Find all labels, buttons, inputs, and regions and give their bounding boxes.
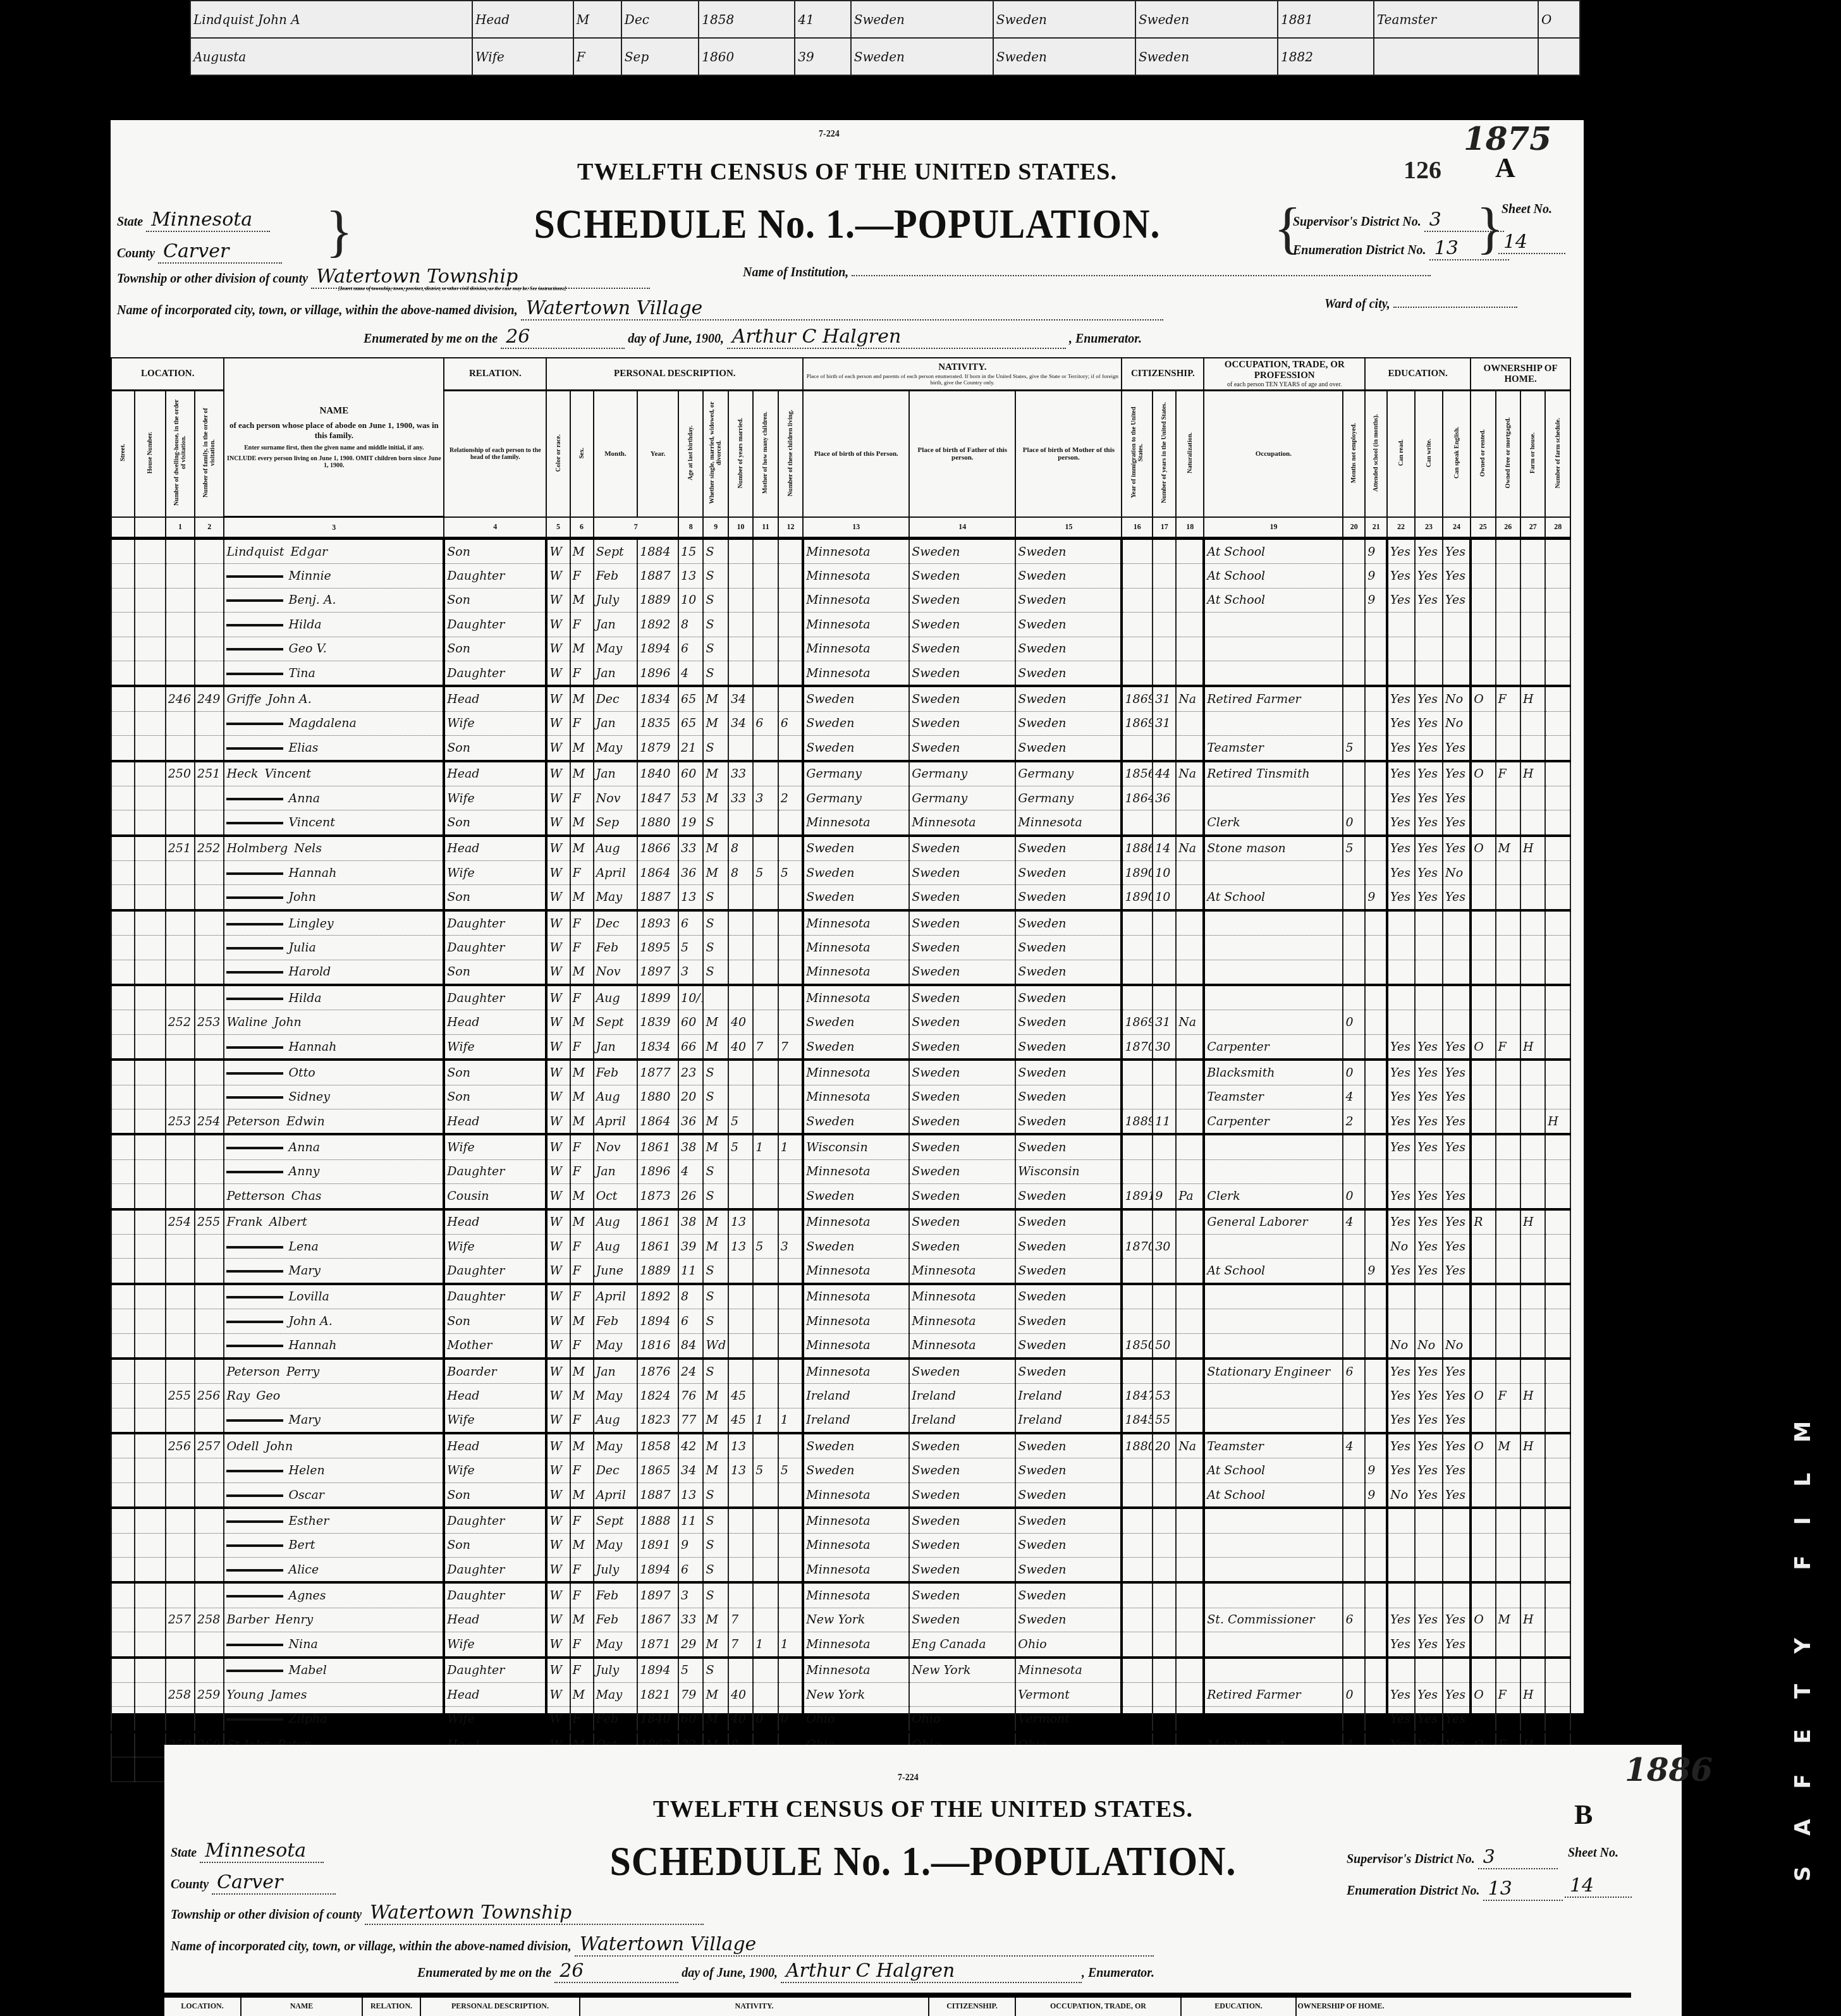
birth-year: 1877 <box>637 1060 678 1085</box>
birthplace: Minnesota <box>803 1482 909 1508</box>
birth-year: 1866 <box>637 836 678 861</box>
house-number <box>135 836 166 861</box>
table-row: 258259YoungJamesHeadWMMay182179M40New Yo… <box>111 1682 1570 1706</box>
color: W <box>546 1209 570 1235</box>
house-number <box>135 539 166 564</box>
ditto-mark <box>226 673 283 675</box>
next-enumerated-day: 26 <box>554 1960 678 1983</box>
children-living <box>778 836 804 861</box>
months-unemployed <box>1343 936 1365 960</box>
naturalization <box>1176 861 1204 885</box>
street <box>111 736 135 761</box>
marital-status: S <box>703 564 728 588</box>
years-in-us: 55 <box>1153 1408 1176 1433</box>
house-number <box>135 1159 166 1183</box>
given-name: Mabel <box>288 1663 326 1677</box>
age: 42 <box>678 1433 703 1458</box>
birth-month: April <box>594 1284 638 1309</box>
relation: Son <box>444 1533 546 1557</box>
age: 39 <box>678 1234 703 1258</box>
mother-birthplace: Sweden <box>1015 836 1122 861</box>
relation: Head <box>444 1682 546 1706</box>
person-name: Hilda <box>224 985 444 1010</box>
naturalization <box>1176 1085 1204 1109</box>
naturalization <box>1176 1632 1204 1658</box>
birth-month: Jan <box>594 761 638 786</box>
ditto-mark <box>226 798 283 800</box>
can-write: Yes <box>1415 1085 1443 1109</box>
farm-schedule <box>1545 786 1570 810</box>
occupation <box>1204 1582 1343 1608</box>
ditto-mark <box>226 1296 283 1298</box>
color: W <box>546 1632 570 1658</box>
house-number <box>135 786 166 810</box>
school-months <box>1365 1608 1387 1632</box>
occupation: Stationary Engineer <box>1204 1359 1343 1384</box>
father-birthplace: Sweden <box>909 1109 1015 1134</box>
immigration-year: 1891 <box>1122 1184 1153 1209</box>
birthplace: Minnesota <box>803 613 909 637</box>
speaks-english <box>1443 661 1471 686</box>
color: W <box>546 1184 570 1209</box>
person-name: Bert <box>224 1533 444 1557</box>
can-read <box>1387 661 1415 686</box>
can-write: Yes <box>1415 1384 1443 1408</box>
family-number <box>195 1259 224 1284</box>
birth-month: Jan <box>594 1159 638 1183</box>
mother-birthplace: Sweden <box>1015 1010 1122 1034</box>
sheet-no-value: 14 <box>1498 231 1565 254</box>
years-in-us <box>1153 1359 1176 1384</box>
surname: Frank <box>226 1215 262 1229</box>
birth-year: 1824 <box>637 1384 678 1408</box>
months-unemployed <box>1343 1333 1365 1359</box>
birth-month: April <box>594 1482 638 1508</box>
birth-year: 1894 <box>637 1558 678 1583</box>
owned-or-rented <box>1471 1533 1495 1557</box>
birthplace: Sweden <box>803 1184 909 1209</box>
given-name: Nina <box>288 1637 317 1651</box>
street <box>111 1533 135 1557</box>
col-naturalization: Naturalization. <box>1176 391 1204 517</box>
relation: Daughter <box>444 1159 546 1183</box>
farm-schedule <box>1545 861 1570 885</box>
age: 3 <box>678 960 703 985</box>
dwelling-number <box>166 960 195 985</box>
school-months <box>1365 686 1387 711</box>
school-months <box>1365 1159 1387 1183</box>
birth-year: 1876 <box>637 1359 678 1384</box>
dwelling-number <box>166 1134 195 1159</box>
occupation <box>1204 936 1343 960</box>
farm-or-house <box>1520 1458 1545 1482</box>
given-name: Bert <box>288 1538 315 1552</box>
mother-of-children <box>753 960 778 985</box>
age: 6 <box>678 910 703 936</box>
mother-birthplace: Sweden <box>1015 1608 1122 1632</box>
mother-of-children <box>753 1010 778 1034</box>
children-living: 3 <box>778 1234 804 1258</box>
free-or-mortgaged <box>1496 1508 1520 1533</box>
relation: Daughter <box>444 661 546 686</box>
mother-of-children <box>753 1582 778 1608</box>
birthplace: Ireland <box>803 1408 909 1433</box>
farm-or-house <box>1520 1333 1545 1359</box>
house-number <box>135 985 166 1010</box>
naturalization <box>1176 910 1204 936</box>
birthplace: Ireland <box>803 1384 909 1408</box>
color: W <box>546 1234 570 1258</box>
occupation <box>1204 637 1343 661</box>
prev-fbp: Sweden <box>993 1 1135 38</box>
birth-month: Feb <box>594 1608 638 1632</box>
color: W <box>546 588 570 612</box>
farm-or-house <box>1520 637 1545 661</box>
sex: F <box>570 1284 594 1309</box>
speaks-english: Yes <box>1443 1359 1471 1384</box>
mother-birthplace: Sweden <box>1015 1184 1122 1209</box>
speaks-english: Yes <box>1443 810 1471 836</box>
family-number <box>195 1632 224 1658</box>
surname: Young <box>226 1688 264 1702</box>
naturalization <box>1176 1209 1204 1235</box>
can-write: Yes <box>1415 1060 1443 1085</box>
years-married: 5 <box>728 1109 753 1134</box>
birth-year: 1840 <box>637 761 678 786</box>
can-write: Yes <box>1415 1184 1443 1209</box>
prev-own: O <box>1538 1 1580 38</box>
free-or-mortgaged <box>1496 1184 1520 1209</box>
occupation <box>1204 613 1343 637</box>
family-number <box>195 1034 224 1060</box>
group-education: EDUCATION. <box>1365 358 1471 391</box>
farm-or-house <box>1520 960 1545 985</box>
group-ownership: OWNERSHIP OF HOME. <box>1471 358 1570 391</box>
color: W <box>546 637 570 661</box>
sex: M <box>570 1085 594 1109</box>
father-birthplace: Sweden <box>909 661 1015 686</box>
months-unemployed <box>1343 1533 1365 1557</box>
years-married <box>728 637 753 661</box>
farm-schedule <box>1545 1533 1570 1557</box>
next-supervisor-field: Supervisor's District No. 3 <box>1347 1846 1558 1869</box>
marital-status: S <box>703 1508 728 1533</box>
naturalization: Na <box>1176 1010 1204 1034</box>
months-unemployed <box>1343 1259 1365 1284</box>
school-months <box>1365 1433 1387 1458</box>
farm-schedule <box>1545 761 1570 786</box>
family-number <box>195 960 224 985</box>
birth-year: 1899 <box>637 985 678 1010</box>
birth-month: Aug <box>594 1209 638 1235</box>
immigration-year: 1869 <box>1122 686 1153 711</box>
sex: F <box>570 1632 594 1658</box>
prev-sex: M <box>573 1 621 38</box>
given-name: John A. <box>288 1314 332 1328</box>
street <box>111 1333 135 1359</box>
immigration-year: 1890 <box>1122 861 1153 885</box>
mother-birthplace: Sweden <box>1015 1333 1122 1359</box>
years-married <box>728 1333 753 1359</box>
age: 5 <box>678 1658 703 1683</box>
children-living <box>778 564 804 588</box>
owned-or-rented <box>1471 985 1495 1010</box>
color: W <box>546 761 570 786</box>
age: 33 <box>678 836 703 861</box>
owned-or-rented <box>1471 1085 1495 1109</box>
col-free: Owned free or mortgaged. <box>1496 391 1520 517</box>
given-name: Hannah <box>288 1338 336 1352</box>
mother-birthplace: Sweden <box>1015 564 1122 588</box>
family-number: 257 <box>195 1433 224 1458</box>
birth-month: Aug <box>594 836 638 861</box>
sex: F <box>570 613 594 637</box>
father-birthplace: Minnesota <box>909 1333 1015 1359</box>
relation: Daughter <box>444 936 546 960</box>
family-number <box>195 1284 224 1309</box>
ward-label: Ward of city, <box>1324 297 1390 311</box>
color: W <box>546 861 570 885</box>
years-married <box>728 1582 753 1608</box>
occupation: At School <box>1204 564 1343 588</box>
birth-year: 1867 <box>637 1608 678 1632</box>
nativity-heading: NATIVITY. <box>805 362 1120 373</box>
years-married <box>728 539 753 564</box>
person-name: PetersonPerry <box>224 1359 444 1384</box>
school-months <box>1365 786 1387 810</box>
street <box>111 761 135 786</box>
prev-occ: Teamster <box>1374 1 1538 38</box>
mother-birthplace: Minnesota <box>1015 1658 1122 1683</box>
can-read: Yes <box>1387 564 1415 588</box>
farm-or-house <box>1520 1234 1545 1258</box>
age: 65 <box>678 711 703 735</box>
next-county-value: Carver <box>212 1871 336 1895</box>
sex: F <box>570 1458 594 1482</box>
immigration-year <box>1122 1682 1153 1706</box>
family-number <box>195 861 224 885</box>
table-row: HannahWifeWFJan183466M4077SwedenSwedenSw… <box>111 1034 1570 1060</box>
township-label: Township or other division of county <box>117 272 308 286</box>
given-name: Tina <box>288 666 315 680</box>
state-label: State <box>117 215 143 229</box>
can-read <box>1387 1284 1415 1309</box>
dwelling-number: 255 <box>166 1384 195 1408</box>
mother-of-children <box>753 637 778 661</box>
family-number <box>195 1582 224 1608</box>
occupation: Carpenter <box>1204 1034 1343 1060</box>
birth-year: 1892 <box>637 1284 678 1309</box>
street <box>111 1234 135 1258</box>
years-married: 45 <box>728 1384 753 1408</box>
color: W <box>546 836 570 861</box>
school-months <box>1365 1558 1387 1583</box>
marital-status: M <box>703 1682 728 1706</box>
color: W <box>546 910 570 936</box>
table-row: HaroldSonWMNov18973SMinnesotaSwedenSwede… <box>111 960 1570 985</box>
col-marital: Whether single, married, widowed, or div… <box>703 391 728 517</box>
person-name: Geo V. <box>224 637 444 661</box>
immigration-year: 1886 <box>1122 836 1153 861</box>
owned-or-rented <box>1471 1010 1495 1034</box>
years-married <box>728 588 753 612</box>
sex: F <box>570 1558 594 1583</box>
occupation <box>1204 1508 1343 1533</box>
street <box>111 564 135 588</box>
sex: F <box>570 910 594 936</box>
county-field: County Carver <box>117 240 282 264</box>
family-number <box>195 1482 224 1508</box>
school-months <box>1365 736 1387 761</box>
years-married: 5 <box>728 1134 753 1159</box>
immigration-year: 1890 <box>1122 885 1153 910</box>
dwelling-number <box>166 936 195 960</box>
owned-or-rented <box>1471 1309 1495 1333</box>
street <box>111 588 135 612</box>
person-name: Hannah <box>224 861 444 885</box>
given-name: Lovilla <box>288 1290 329 1304</box>
can-write: Yes <box>1415 1234 1443 1258</box>
years-married <box>728 960 753 985</box>
occupation <box>1204 661 1343 686</box>
group-occupation: OCCUPATION, TRADE, OR PROFESSION of each… <box>1204 358 1365 391</box>
mother-of-children: 7 <box>753 1034 778 1060</box>
table-row: OscarSonWMApril188713SMinnesotaSwedenSwe… <box>111 1482 1570 1508</box>
relation: Head <box>444 1109 546 1134</box>
dwelling-number <box>166 810 195 836</box>
speaks-english: Yes <box>1443 1632 1471 1658</box>
person-name: Alice <box>224 1558 444 1583</box>
years-in-us: 50 <box>1153 1333 1176 1359</box>
months-unemployed: 4 <box>1343 1085 1365 1109</box>
person-name: Zilpha <box>224 1707 444 1732</box>
street <box>111 1034 135 1060</box>
table-row: ZilphaWifeWFFeb184060M4000OhioOhioVermon… <box>111 1707 1570 1732</box>
speaks-english <box>1443 1159 1471 1183</box>
school-months <box>1365 1284 1387 1309</box>
can-write: Yes <box>1415 1134 1443 1159</box>
children-living <box>778 1284 804 1309</box>
person-name: Hannah <box>224 1333 444 1359</box>
birth-month: May <box>594 1433 638 1458</box>
age: 4 <box>678 1159 703 1183</box>
birthplace: Minnesota <box>803 539 909 564</box>
birth-year: 1889 <box>637 588 678 612</box>
birth-month: June <box>594 1259 638 1284</box>
mother-of-children <box>753 1060 778 1085</box>
children-living <box>778 1558 804 1583</box>
speaks-english: Yes <box>1443 1433 1471 1458</box>
birthplace: Sweden <box>803 1034 909 1060</box>
free-or-mortgaged <box>1496 613 1520 637</box>
film-edge: SAFETY FILM <box>1758 0 1841 2016</box>
dwelling-number <box>166 711 195 735</box>
marital-status: S <box>703 910 728 936</box>
years-in-us <box>1153 637 1176 661</box>
given-name: Geo V. <box>288 642 326 656</box>
months-unemployed: 4 <box>1343 1209 1365 1235</box>
street <box>111 1359 135 1384</box>
years-in-us: 31 <box>1153 711 1176 735</box>
family-number: 258 <box>195 1608 224 1632</box>
col-occupation: Occupation. <box>1204 391 1343 517</box>
farm-schedule <box>1545 1482 1570 1508</box>
father-birthplace: Sweden <box>909 1359 1015 1384</box>
years-in-us <box>1153 588 1176 612</box>
owned-or-rented <box>1471 936 1495 960</box>
enumeration-label: Enumeration District No. <box>1293 243 1426 257</box>
institution-value <box>852 275 1431 276</box>
children-living <box>778 588 804 612</box>
free-or-mortgaged <box>1496 1632 1520 1658</box>
children-living <box>778 613 804 637</box>
dwelling-number <box>166 1284 195 1309</box>
col-children-living: Number of these children living. <box>778 391 804 517</box>
marital-status: M <box>703 1134 728 1159</box>
father-birthplace: Sweden <box>909 1608 1015 1632</box>
farm-schedule <box>1545 1284 1570 1309</box>
birthplace: Sweden <box>803 1234 909 1258</box>
months-unemployed <box>1343 1558 1365 1583</box>
birthplace: Minnesota <box>803 1284 909 1309</box>
age: 10 <box>678 588 703 612</box>
dwelling-number <box>166 1632 195 1658</box>
farm-schedule <box>1545 1060 1570 1085</box>
next-group-headers: LOCATION. NAME RELATION. PERSONAL DESCRI… <box>164 1993 1631 2016</box>
school-months <box>1365 1234 1387 1258</box>
farm-or-house <box>1520 661 1545 686</box>
birth-year: 1821 <box>637 1682 678 1706</box>
mother-of-children <box>753 588 778 612</box>
naturalization <box>1176 1159 1204 1183</box>
mother-birthplace: Sweden <box>1015 910 1122 936</box>
street <box>111 1458 135 1482</box>
prev-mbp: Sweden <box>1135 1 1278 38</box>
children-living <box>778 1184 804 1209</box>
birth-month: Feb <box>594 1309 638 1333</box>
relation: Daughter <box>444 1582 546 1608</box>
family-number <box>195 1508 224 1533</box>
speaks-english <box>1443 1658 1471 1683</box>
years-married <box>728 1184 753 1209</box>
family-number: 259 <box>195 1682 224 1706</box>
table-row: 251252HolmbergNelsHeadWMAug186633M8Swede… <box>111 836 1570 861</box>
farm-schedule <box>1545 711 1570 735</box>
house-number <box>135 1582 166 1608</box>
sex: F <box>570 1259 594 1284</box>
next-sheet-letter: B <box>1574 1799 1593 1831</box>
age: 6 <box>678 637 703 661</box>
table-row: OttoSonWMFeb187723SMinnesotaSwedenSweden… <box>111 1060 1570 1085</box>
table-row: PettersonChasCousinWMOct187326SSwedenSwe… <box>111 1184 1570 1209</box>
birthplace: Minnesota <box>803 1159 909 1183</box>
table-row: 254255FrankAlbertHeadWMAug186138M13Minne… <box>111 1209 1570 1235</box>
farm-or-house: H <box>1520 686 1545 711</box>
owned-or-rented <box>1471 810 1495 836</box>
ditto-mark <box>226 971 283 974</box>
can-write: Yes <box>1415 1209 1443 1235</box>
family-number <box>195 637 224 661</box>
birth-year: 1823 <box>637 1408 678 1433</box>
farm-or-house <box>1520 910 1545 936</box>
relation: Wife <box>444 786 546 810</box>
marital-status: M <box>703 686 728 711</box>
relation: Head <box>444 1384 546 1408</box>
father-birthplace: Sweden <box>909 1533 1015 1557</box>
supervisor-district-field: Supervisor's District No. 3 <box>1293 209 1504 232</box>
next-city-field: Name of incorporated city, town, or vill… <box>171 1933 1154 1957</box>
mother-birthplace: Sweden <box>1015 861 1122 885</box>
